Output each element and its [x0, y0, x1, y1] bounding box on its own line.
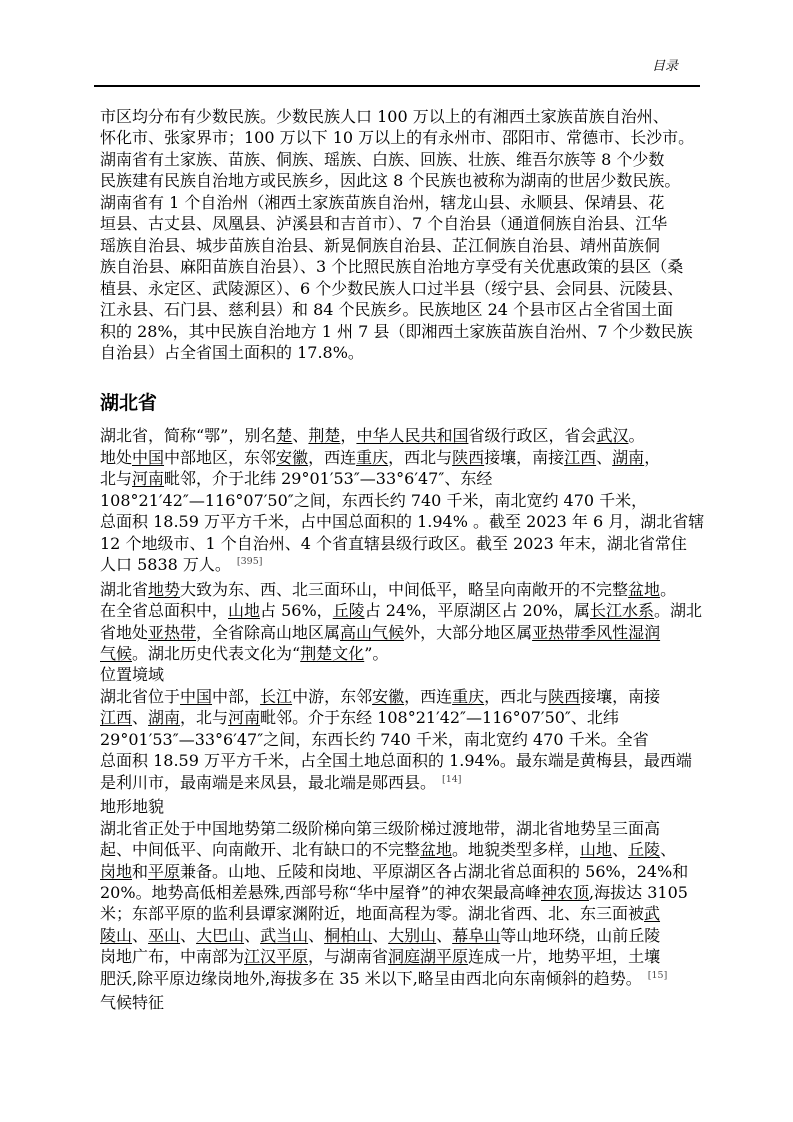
text-segment: 湖南省有 1 个自治州（湘西土家族苗族自治州，辖龙山县、永顺县、保靖县、花 [100, 193, 664, 212]
document-body: 市区均分布有少数民族。少数民族人口 100 万以上的有湘西土家族苗族自治州、怀化… [100, 106, 700, 1014]
text-line: 陵山、巫山、大巴山、武当山、桐柏山、大别山、幕阜山等山地环绕，山前丘陵 [100, 925, 700, 946]
text-segment: 12 个地级市、1 个自治州、4 个省直辖县级行政区。截至 2023 年末，湖北… [100, 534, 687, 553]
citation-ref[interactable]: [15] [648, 970, 668, 981]
text-segment: 省地处 [100, 623, 148, 642]
text-segment: 在全省总面积中， [100, 601, 228, 620]
text-segment: 接壤，南接 [580, 687, 660, 706]
inline-link[interactable]: 高山气候 [340, 623, 404, 642]
text-segment: 北与 [100, 469, 132, 488]
text-line: 北与河南毗邻，介于北纬 29°01′53″—33°6′47″、东经 [100, 468, 700, 489]
inline-link[interactable]: 荆楚文化 [300, 644, 364, 663]
page-header-note: 目录 [652, 55, 678, 74]
inline-link[interactable]: 江西 [100, 708, 132, 727]
text-line: 108°21′42″—116°07′50″之间，东西长约 740 千米，南北宽约… [100, 490, 700, 511]
inline-link[interactable]: 洞庭湖平原 [388, 947, 468, 966]
text-segment: 总面积 18.59 万平方千米，占中国总面积的 1.94% 。截至 2023 年… [100, 512, 704, 531]
inline-link[interactable]: 湖南 [148, 708, 180, 727]
inline-link[interactable]: 陕西 [548, 687, 580, 706]
text-line: 自治县）占全省国土面积的 17.8%。 [100, 342, 700, 363]
text-line: 地处中国中部地区，东邻安徽，西连重庆，西北与陕西接壤，南接江西、湖南， [100, 447, 700, 468]
text-segment: 总面积 18.59 万平方千米，占全国土地总面积的 1.94%。最东端是黄梅县，… [100, 751, 692, 770]
inline-link[interactable]: 神农顶 [541, 883, 589, 902]
inline-link[interactable]: 湖南 [612, 448, 644, 467]
text-segment: 。 [628, 426, 644, 445]
text-segment: 、 [292, 426, 308, 445]
text-segment: 、 [180, 926, 196, 945]
text-segment: 。湖北 [654, 601, 702, 620]
text-segment: 兼备。山地、丘陵和岗地、平原湖区各占湖北省总面积的 56%，24%和 [180, 862, 688, 881]
text-segment: 20%。地势高低相差悬殊,西部号称“华中屋脊”的神农架最高峰 [100, 883, 541, 902]
text-segment: 、 [612, 840, 628, 859]
text-line: 总面积 18.59 万平方千米，占全国土地总面积的 1.94%。最东端是黄梅县，… [100, 750, 700, 771]
text-line: 米；东部平原的监利县谭家渊附近，地面高程为零。湖北省西、北、东三面被武 [100, 903, 700, 924]
text-line: 人口 5838 万人。[395] [100, 554, 700, 578]
text-line: 在全省总面积中，山地占 56%，丘陵占 24%，平原湖区占 20%，属长江水系。… [100, 600, 700, 621]
inline-link[interactable]: 长江水系 [590, 601, 654, 620]
inline-link[interactable]: 山地 [580, 840, 612, 859]
inline-link[interactable]: 大别山 [388, 926, 436, 945]
inline-link[interactable]: 武汉 [596, 426, 628, 445]
text-segment: 地处 [100, 448, 132, 467]
text-segment: 湖北省 [100, 580, 148, 599]
text-segment: 毗邻。介于东经 108°21′42″—116°07′50″、北纬 [260, 708, 619, 727]
inline-link[interactable]: 重庆 [452, 687, 484, 706]
text-segment: 中部地区，东邻 [164, 448, 276, 467]
inline-link[interactable]: 丘陵 [333, 601, 365, 620]
citation-ref[interactable]: [395] [237, 556, 263, 567]
text-segment: ，北与 [180, 708, 228, 727]
text-segment: 接壤，南接 [484, 448, 564, 467]
paragraph-location: 湖北省位于中国中部，长江中游，东邻安徽，西连重庆，西北与陕西接壤，南接江西、湖南… [100, 686, 700, 796]
inline-link[interactable]: 巫山 [148, 926, 180, 945]
text-line: 湖南省有土家族、苗族、侗族、瑶族、白族、回族、壮族、维吾尔族等 8 个少数 [100, 149, 700, 170]
text-segment: 市区均分布有少数民族。少数民族人口 100 万以上的有湘西土家族苗族自治州、 [100, 107, 669, 126]
text-segment: 、 [660, 840, 676, 859]
text-line: 20%。地势高低相差悬殊,西部号称“华中屋脊”的神农架最高峰神农顶,海拔达 31… [100, 882, 700, 903]
text-segment: 湖南省有土家族、苗族、侗族、瑶族、白族、回族、壮族、维吾尔族等 8 个少数 [100, 150, 664, 169]
inline-link[interactable]: 平原 [148, 862, 180, 881]
text-segment: 垣县、古丈县、凤凰县、泸溪县和吉首市）、7 个自治县（通道侗族自治县、江华 [100, 214, 667, 233]
text-line: 湖北省位于中国中部，长江中游，东邻安徽，西连重庆，西北与陕西接壤，南接 [100, 686, 700, 707]
text-line: 湖北省地势大致为东、西、北三面环山，中间低平，略呈向南敞开的不完整盆地。 [100, 579, 700, 600]
inline-link[interactable]: 河南 [132, 469, 164, 488]
text-segment: 。湖北历史代表文化为“ [132, 644, 300, 663]
text-line: 岗地和平原兼备。山地、丘陵和岗地、平原湖区各占湖北省总面积的 56%，24%和 [100, 861, 700, 882]
text-line: 肥沃,除平原边缘岗地外,海拔多在 35 米以下,略呈由西北向东南倾斜的趋势。[1… [100, 968, 700, 992]
document-page: 目录 市区均分布有少数民族。少数民族人口 100 万以上的有湘西土家族苗族自治州… [0, 0, 793, 1122]
text-line: 湖北省，简称“鄂”，别名楚、荆楚，中华人民共和国省级行政区，省会武汉。 [100, 425, 700, 446]
inline-link[interactable]: 亚热带 [148, 623, 196, 642]
inline-link[interactable]: 安徽 [276, 448, 308, 467]
header-divider [94, 85, 700, 87]
text-line: 植县、永定区、武陵源区）、6 个少数民族人口过半县（绥宁县、会同县、沅陵县、 [100, 278, 700, 299]
text-segment: ，西北与 [388, 448, 452, 467]
paragraph-hubei-intro: 湖北省，简称“鄂”，别名楚、荆楚，中华人民共和国省级行政区，省会武汉。地处中国中… [100, 425, 700, 578]
text-segment: 江永县、石门县、慈利县）和 84 个民族乡。民族地区 24 个县市区占全省国土面 [100, 300, 673, 319]
text-segment: 湖北省正处于中国地势第二级阶梯向第三级阶梯过渡地带，湖北省地势呈三面高 [100, 819, 660, 838]
text-line: 族自治县、麻阳苗族自治县）、3 个比照民族自治地方享受有关优惠政策的县区（桑 [100, 256, 700, 277]
inline-link[interactable]: 陵山 [100, 926, 132, 945]
text-segment: 占 56%， [260, 601, 333, 620]
text-segment: ，西连 [308, 448, 356, 467]
inline-link[interactable]: 中国 [132, 448, 164, 467]
text-segment: 湖北省位于 [100, 687, 180, 706]
text-line: 怀化市、张家界市；100 万以下 10 万以上的有永州市、邵阳市、常德市、长沙市… [100, 127, 700, 148]
text-segment: 是利川市，最南端是来凤县，最北端是郧西县。 [100, 773, 436, 792]
text-segment: ，全省除高山地区属 [196, 623, 340, 642]
text-line: 江西、湖南，北与河南毗邻。介于东经 108°21′42″—116°07′50″、… [100, 707, 700, 728]
text-line: 12 个地级市、1 个自治州、4 个省直辖县级行政区。截至 2023 年末，湖北… [100, 533, 700, 554]
text-segment: 瑶族自治县、城步苗族自治县、新晃侗族自治县、芷江侗族自治县、靖州苗族侗 [100, 236, 660, 255]
inline-link[interactable]: 江汉平原 [244, 947, 308, 966]
citation-ref[interactable]: [14] [442, 774, 462, 785]
text-segment: 民族建有民族自治地方或民族乡，因此这 8 个民族也被称为湖南的世居少数民族。 [100, 171, 680, 190]
text-line: 起、中间低平、向南敞开、北有缺口的不完整盆地。地貌类型多样，山地、丘陵、 [100, 839, 700, 860]
text-segment: 中部， [212, 687, 260, 706]
text-line: 垣县、古丈县、凤凰县、泸溪县和吉首市）、7 个自治县（通道侗族自治县、江华 [100, 213, 700, 234]
text-line: 29°01′53″—33°6′47″之间，东西长约 740 千米，南北宽约 47… [100, 729, 700, 750]
text-segment: 积的 28%，其中民族自治地方 1 州 7 县（即湘西土家族苗族自治州、7 个少… [100, 322, 693, 341]
text-line: 市区均分布有少数民族。少数民族人口 100 万以上的有湘西土家族苗族自治州、 [100, 106, 700, 127]
text-segment: 。 [660, 580, 676, 599]
inline-link[interactable]: 河南 [228, 708, 260, 727]
text-line: 积的 28%，其中民族自治地方 1 州 7 县（即湘西土家族苗族自治州、7 个少… [100, 321, 700, 342]
inline-link[interactable]: 武当山 [260, 926, 308, 945]
text-segment: ，西北与 [484, 687, 548, 706]
text-segment: 毗邻，介于北纬 29°01′53″—33°6′47″、东经 [164, 469, 492, 488]
text-line: 江永县、石门县、慈利县）和 84 个民族乡。民族地区 24 个县市区占全省国土面 [100, 299, 700, 320]
text-segment: 族自治县、麻阳苗族自治县）、3 个比照民族自治地方享受有关优惠政策的县区（桑 [100, 257, 683, 276]
inline-link[interactable]: 岗地 [100, 862, 132, 881]
text-segment: 占 24%，平原湖区占 20%，属 [365, 601, 590, 620]
text-line: 岗地广布，中南部为江汉平原，与湖南省洞庭湖平原连成一片，地势平坦，土壤 [100, 946, 700, 967]
inline-link[interactable]: 陕西 [452, 448, 484, 467]
section-label-climate: 气候特征 [100, 992, 700, 1013]
paragraph-landform: 湖北省正处于中国地势第二级阶梯向第三级阶梯过渡地带，湖北省地势呈三面高起、中间低… [100, 818, 700, 993]
text-segment: ， [644, 448, 660, 467]
text-segment: ，西连 [404, 687, 452, 706]
inline-link[interactable]: 武 [644, 904, 660, 923]
inline-link[interactable]: 中国 [180, 687, 212, 706]
text-segment: 省级行政区，省会 [468, 426, 596, 445]
text-segment: 、 [372, 926, 388, 945]
inline-link[interactable]: 桐柏山 [324, 926, 372, 945]
text-line: 是利川市，最南端是来凤县，最北端是郧西县。[14] [100, 772, 700, 796]
inline-link[interactable]: 重庆 [356, 448, 388, 467]
text-segment: 等山地环绕，山前丘陵 [500, 926, 660, 945]
text-segment: 、 [436, 926, 452, 945]
text-segment: 。地貌类型多样， [452, 840, 580, 859]
text-segment: 中游，东邻 [292, 687, 372, 706]
text-line: 湖北省正处于中国地势第二级阶梯向第三级阶梯过渡地带，湖北省地势呈三面高 [100, 818, 700, 839]
text-segment: 岗地广布，中南部为 [100, 947, 244, 966]
text-line: 民族建有民族自治地方或民族乡，因此这 8 个民族也被称为湖南的世居少数民族。 [100, 170, 700, 191]
text-segment: 、 [132, 926, 148, 945]
inline-link[interactable]: 亚热带季风性湿润 [532, 623, 660, 642]
text-segment: 外，大部分地区属 [404, 623, 532, 642]
inline-link[interactable]: 丘陵 [628, 840, 660, 859]
text-line: 湖南省有 1 个自治州（湘西土家族苗族自治州，辖龙山县、永顺县、保靖县、花 [100, 192, 700, 213]
text-segment: ,海拔达 3105 [589, 883, 688, 902]
section-heading-hubei: 湖北省 [100, 392, 700, 414]
text-line: 瑶族自治县、城步苗族自治县、新晃侗族自治县、芷江侗族自治县、靖州苗族侗 [100, 235, 700, 256]
text-segment: 怀化市、张家界市；100 万以下 10 万以上的有永州市、邵阳市、常德市、长沙市… [100, 128, 694, 147]
text-segment: 湖北省，简称“鄂”，别名 [100, 426, 276, 445]
text-line: 气候。湖北历史代表文化为“荆楚文化”。 [100, 643, 700, 664]
inline-link[interactable]: 中华人民共和国 [356, 426, 468, 445]
text-segment: 自治县）占全省国土面积的 17.8%。 [100, 343, 364, 362]
inline-link[interactable]: 安徽 [372, 687, 404, 706]
inline-link[interactable]: 楚 [276, 426, 292, 445]
text-segment: ”。 [364, 644, 388, 663]
text-segment: 、 [132, 708, 148, 727]
text-segment: 大致为东、西、北三面环山，中间低平，略呈向南敞开的不完整 [180, 580, 628, 599]
text-segment: 连成一片，地势平坦，土壤 [468, 947, 660, 966]
text-segment: 米；东部平原的监利县谭家渊附近，地面高程为零。湖北省西、北、东三面被 [100, 904, 644, 923]
paragraph-hubei-physiography: 湖北省地势大致为东、西、北三面环山，中间低平，略呈向南敞开的不完整盆地。在全省总… [100, 579, 700, 665]
inline-link[interactable]: 长江 [260, 687, 292, 706]
text-segment: 起、中间低平、向南敞开、北有缺口的不完整 [100, 840, 420, 859]
text-segment: 人口 5838 万人。 [100, 555, 231, 574]
text-segment: 肥沃,除平原边缘岗地外,海拔多在 35 米以下,略呈由西北向东南倾斜的趋势。 [100, 969, 642, 988]
text-segment: 、 [596, 448, 612, 467]
inline-link[interactable]: 江西 [564, 448, 596, 467]
text-segment: 29°01′53″—33°6′47″之间，东西长约 740 千米，南北宽约 47… [100, 730, 649, 749]
inline-link[interactable]: 气候 [100, 644, 132, 663]
inline-link[interactable]: 荆楚 [308, 426, 340, 445]
text-segment: ， [340, 426, 356, 445]
text-segment: 108°21′42″—116°07′50″之间，东西长约 740 千米，南北宽约… [100, 491, 647, 510]
paragraph-hunan-minorities: 市区均分布有少数民族。少数民族人口 100 万以上的有湘西土家族苗族自治州、怀化… [100, 106, 700, 363]
inline-link[interactable]: 盆地 [628, 580, 660, 599]
text-segment: 、 [244, 926, 260, 945]
text-segment: 和 [132, 862, 148, 881]
inline-link[interactable]: 大巴山 [196, 926, 244, 945]
inline-link[interactable]: 山地 [228, 601, 260, 620]
text-segment: 、 [308, 926, 324, 945]
text-segment: ，与湖南省 [308, 947, 388, 966]
inline-link[interactable]: 幕阜山 [452, 926, 500, 945]
section-label-location: 位置境域 [100, 664, 700, 685]
inline-link[interactable]: 地势 [148, 580, 180, 599]
section-label-landform: 地形地貌 [100, 796, 700, 817]
text-line: 省地处亚热带，全省除高山地区属高山气候外，大部分地区属亚热带季风性湿润 [100, 622, 700, 643]
inline-link[interactable]: 盆地 [420, 840, 452, 859]
text-segment: 植县、永定区、武陵源区）、6 个少数民族人口过半县（绥宁县、会同县、沅陵县、 [100, 279, 683, 298]
text-line: 总面积 18.59 万平方千米，占中国总面积的 1.94% 。截至 2023 年… [100, 511, 700, 532]
